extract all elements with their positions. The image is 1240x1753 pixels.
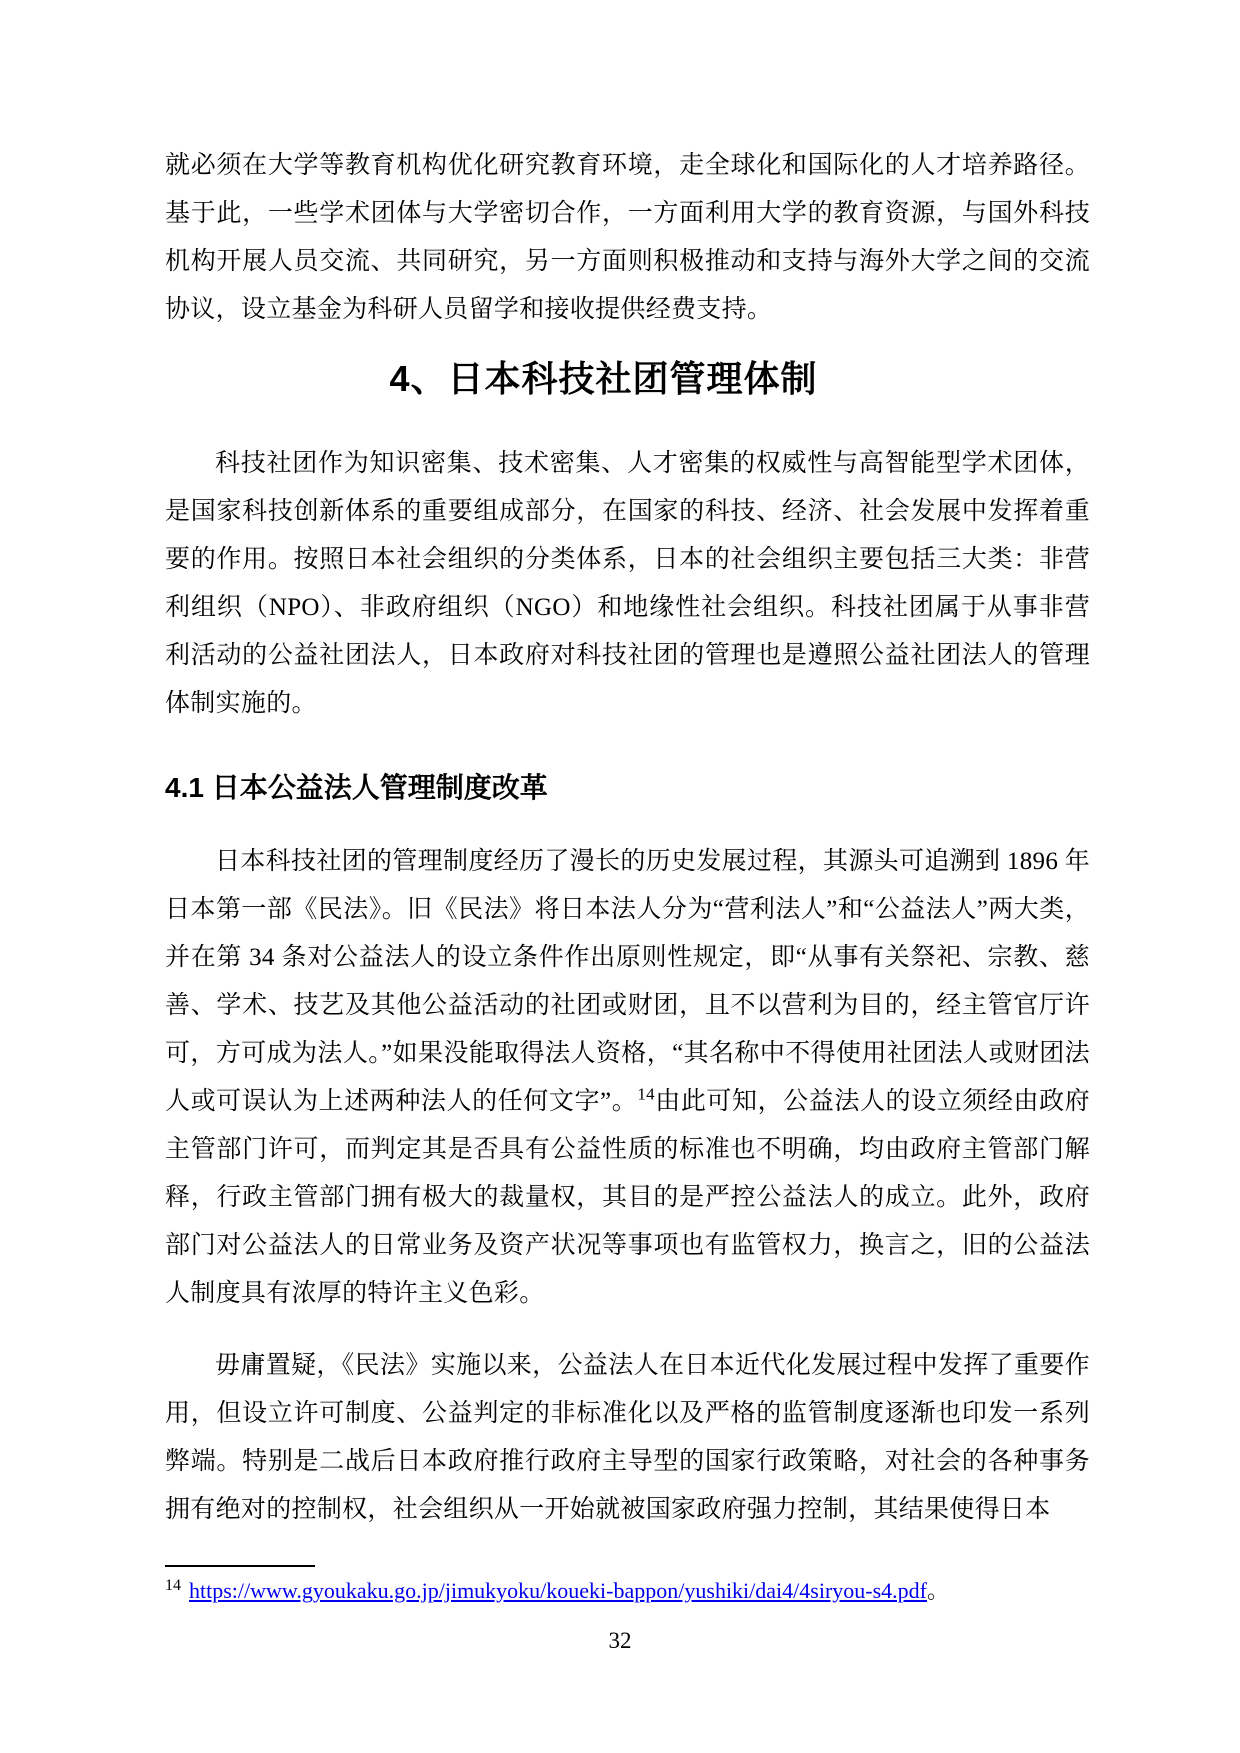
paragraph-minpo-drawbacks: 毋庸置疑，《民法》实施以来，公益法人在日本近代化发展过程中发挥了重要作用，但设立… [165, 1342, 1090, 1534]
footnote-marker: 14 [165, 1577, 181, 1594]
paragraph-intro: 科技社团作为知识密集、技术密集、人才密集的权威性与高智能型学术团体，是国家科技创… [165, 440, 1090, 728]
document-page: 就必须在大学等教育机构优化研究教育环境，走全球化和国际化的人才培养路径。基于此，… [0, 0, 1240, 1753]
paragraph-continuation: 就必须在大学等教育机构优化研究教育环境，走全球化和国际化的人才培养路径。基于此，… [165, 142, 1090, 334]
subsection-heading: 4.1 日本公益法人管理制度改革 [165, 764, 1090, 812]
page-body: 就必须在大学等教育机构优化研究教育环境，走全球化和国际化的人才培养路径。基于此，… [165, 0, 1090, 1534]
footnote-period: 。 [927, 1578, 949, 1603]
footnote-section: 14https://www.gyoukaku.go.jp/jimukyoku/k… [165, 1565, 1090, 1606]
section-heading: 4、日本科技社团管理体制 [141, 354, 1066, 404]
paragraph-text: 由此可知，公益法人的设立须经由政府主管部门许可，而判定其是否具有公益性质的标准也… [165, 1088, 1090, 1307]
paragraph-law-history: 日本科技社团的管理制度经历了漫长的历史发展过程，其源头可追溯到 1896 年日本… [165, 838, 1090, 1318]
page-number: 32 [0, 1626, 1240, 1656]
paragraph-text: 日本科技社团的管理制度经历了漫长的历史发展过程，其源头可追溯到 1896 年日本… [165, 848, 1090, 1115]
footnote-reference-14: 14 [637, 1085, 655, 1104]
footnote-entry: 14https://www.gyoukaku.go.jp/jimukyoku/k… [165, 1576, 1090, 1606]
footnote-url-link[interactable]: https://www.gyoukaku.go.jp/jimukyoku/kou… [189, 1578, 927, 1603]
footnote-separator-rule [165, 1565, 315, 1567]
